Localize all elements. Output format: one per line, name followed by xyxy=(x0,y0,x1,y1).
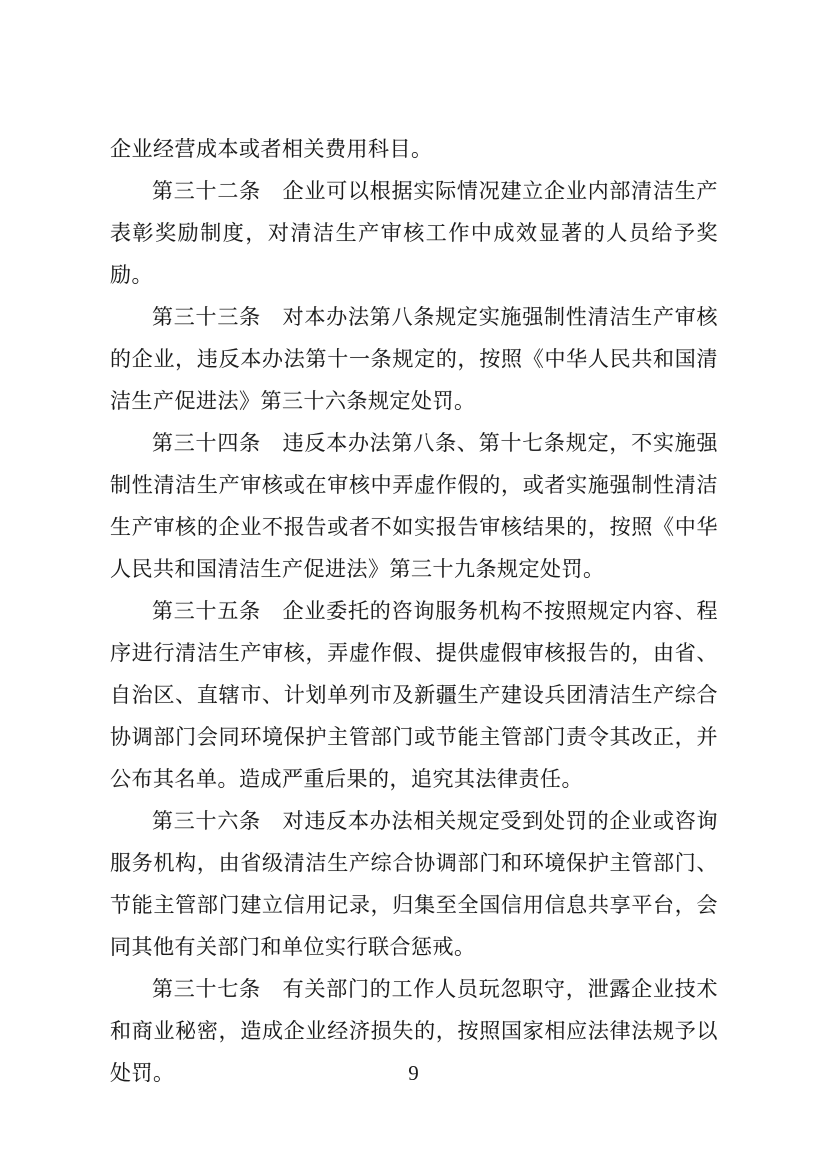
document-page: 企业经营成本或者相关费用科目。 第三十二条 企业可以根据实际情况建立企业内部清洁… xyxy=(0,0,827,1169)
paragraph-continuation: 企业经营成本或者相关费用科目。 xyxy=(110,128,718,170)
paragraph-article-34: 第三十四条 违反本办法第八条、第十七条规定，不实施强制性清洁生产审核或在审核中弄… xyxy=(110,422,718,590)
page-number: 9 xyxy=(0,1058,827,1088)
paragraph-article-33: 第三十三条 对本办法第八条规定实施强制性清洁生产审核的企业，违反本办法第十一条规… xyxy=(110,296,718,422)
paragraph-article-35: 第三十五条 企业委托的咨询服务机构不按照规定内容、程序进行清洁生产审核，弄虚作假… xyxy=(110,590,718,800)
paragraph-article-32: 第三十二条 企业可以根据实际情况建立企业内部清洁生产表彰奖励制度，对清洁生产审核… xyxy=(110,170,718,296)
paragraph-article-36: 第三十六条 对违反本办法相关规定受到处罚的企业或咨询服务机构，由省级清洁生产综合… xyxy=(110,800,718,968)
document-body: 企业经营成本或者相关费用科目。 第三十二条 企业可以根据实际情况建立企业内部清洁… xyxy=(110,128,718,1094)
